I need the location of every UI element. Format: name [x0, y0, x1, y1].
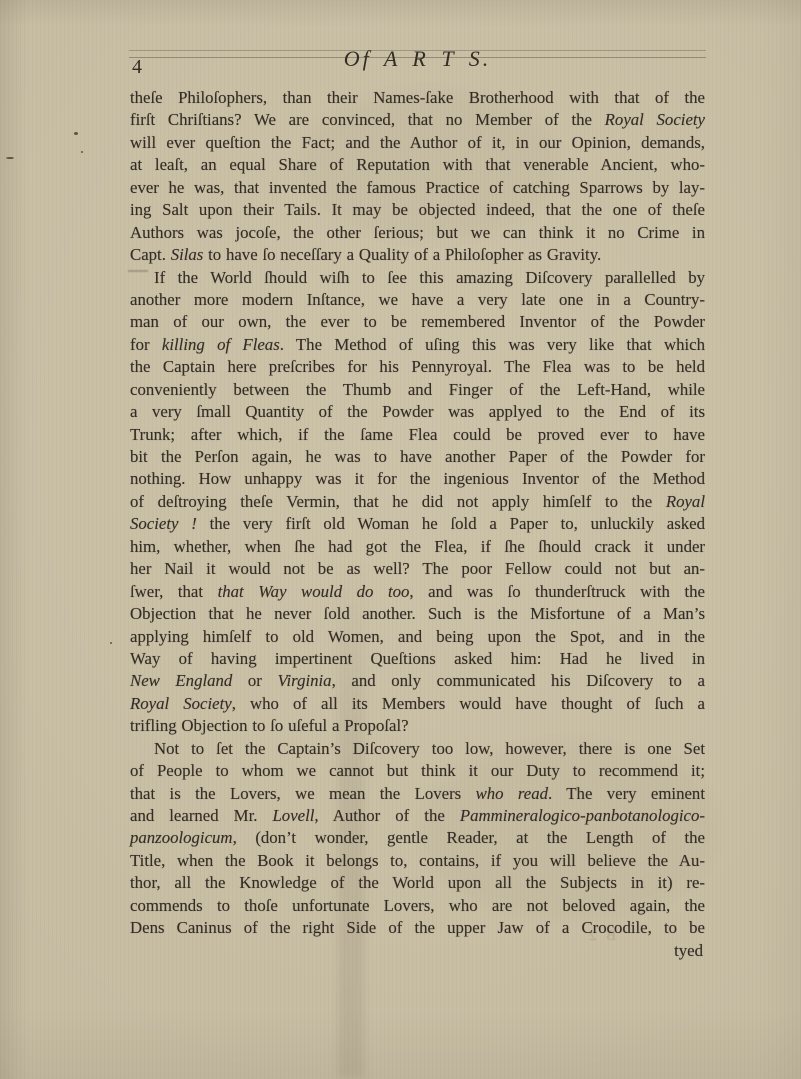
text-line: ever he was, that invented the famous Pr…: [130, 177, 705, 199]
text-segment: of deſtroying theſe Vermin, that he did …: [130, 492, 666, 511]
text-segment: theſe Philoſophers, than their Names-ſak…: [130, 88, 705, 107]
text-line: Capt. Silas to have ſo neceſſary a Quali…: [130, 244, 705, 266]
text-segment: , (don’t wonder, gentle Reader, at the L…: [233, 828, 705, 847]
italic-text-segment: Lovell: [272, 806, 314, 825]
text-line: the Captain here preſcribes for his Penn…: [130, 356, 705, 378]
text-segment: for: [130, 335, 162, 354]
text-segment: , and only communicated his Diſcovery to…: [332, 671, 705, 690]
text-line: at leaſt, an equal Share of Reputation w…: [130, 154, 705, 176]
paper-speck: [74, 132, 78, 135]
text-segment: or: [232, 671, 277, 690]
text-line: another more modern Inſtance, we have a …: [130, 289, 705, 311]
page-header: 4 Of A R T S.: [130, 44, 705, 84]
italic-text-segment: Royal: [666, 492, 705, 511]
italic-text-segment: Virginia: [278, 671, 332, 690]
text-line: ſwer, that that Way would do too, and wa…: [130, 581, 705, 603]
text-line: firſt Chriſtians? We are convinced, that…: [130, 109, 705, 131]
italic-text-segment: Royal Society: [605, 110, 705, 129]
text-segment: commends to thoſe unfortunate Lovers, wh…: [130, 896, 705, 915]
text-segment: Trunk; after which, if the ſame Flea cou…: [130, 425, 705, 444]
text-segment: Capt.: [130, 245, 171, 264]
text-segment: trifling Objection to ſo uſeful a Propoſ…: [130, 716, 409, 735]
text-segment: that is the Lovers, we mean the Lovers: [130, 784, 476, 803]
italic-text-segment: that Way would do too: [218, 582, 410, 601]
text-segment: bit the Perſon again, he was to have ano…: [130, 447, 705, 466]
text-segment: ſwer, that: [130, 582, 218, 601]
text-segment: , Author of the: [314, 806, 459, 825]
text-segment: ing Salt upon their Tails. It may be obj…: [130, 200, 705, 219]
text-line: nothing. How unhappy was it for the inge…: [130, 468, 705, 490]
text-segment: him, whether, when ſhe had got the Flea,…: [130, 537, 705, 556]
text-line: Not to ſet the Captain’s Diſcovery too l…: [130, 738, 705, 760]
book-page-scan: 4 Of A R T S. theſe Philoſophers, than t…: [0, 0, 801, 1079]
text-segment: her Nail it would not be as well? The po…: [130, 559, 705, 578]
text-line: panzoologicum, (don’t wonder, gentle Rea…: [130, 827, 705, 849]
text-segment: , and was ſo thunderſtruck with the: [409, 582, 705, 601]
text-line: a very ſmall Quantity of the Powder was …: [130, 401, 705, 423]
text-segment: Not to ſet the Captain’s Diſcovery too l…: [154, 739, 705, 758]
text-segment: at leaſt, an equal Share of Reputation w…: [130, 155, 705, 174]
italic-text-segment: who read: [476, 784, 548, 803]
paper-speck: [81, 151, 83, 153]
text-line: and learned Mr. Lovell, Author of the Pa…: [130, 805, 705, 827]
text-line: applying himſelf to old Women, and being…: [130, 626, 705, 648]
text-line: Trunk; after which, if the ſame Flea cou…: [130, 424, 705, 446]
text-line: Royal Society, who of all its Members wo…: [130, 693, 705, 715]
text-line: conveniently between the Thumb and Finge…: [130, 379, 705, 401]
text-segment: If the World ſhould wiſh to ſee this ama…: [154, 268, 705, 287]
text-segment: will ever queſtion the Fact; and the Aut…: [130, 133, 705, 152]
text-line: bit the Perſon again, he was to have ano…: [130, 446, 705, 468]
text-line: Way of having impertinent Queſtions aske…: [130, 648, 705, 670]
text-segment: conveniently between the Thumb and Finge…: [130, 380, 705, 399]
text-line: that is the Lovers, we mean the Lovers w…: [130, 783, 705, 805]
running-title: Of A R T S.: [130, 46, 705, 72]
text-line: him, whether, when ſhe had got the Flea,…: [130, 536, 705, 558]
text-segment: Objection that he never ſold another. Su…: [130, 604, 705, 623]
text-line: of People to whom we cannot but think it…: [130, 760, 705, 782]
text-segment: . The Method of uſing this was very like…: [280, 335, 705, 354]
text-segment: the Captain here preſcribes for his Penn…: [130, 357, 705, 376]
text-line: If the World ſhould wiſh to ſee this ama…: [130, 267, 705, 289]
italic-text-segment: Society !: [130, 514, 197, 533]
text-line: commends to thoſe unfortunate Lovers, wh…: [130, 895, 705, 917]
italic-text-segment: panzoologicum: [130, 828, 233, 847]
text-line: of deſtroying theſe Vermin, that he did …: [130, 491, 705, 513]
text-line: Authors was jocoſe, the other ſerious; b…: [130, 222, 705, 244]
text-line: New England or Virginia, and only commun…: [130, 670, 705, 692]
text-line: Dens Caninus of the right Side of the up…: [130, 917, 705, 939]
text-segment: man of our own, the ever to be remembere…: [130, 312, 705, 331]
text-line: trifling Objection to ſo uſeful a Propoſ…: [130, 715, 705, 737]
text-segment: nothing. How unhappy was it for the inge…: [130, 469, 705, 488]
text-segment: . The very eminent: [548, 784, 705, 803]
text-line: for killing of Fleas. The Method of uſin…: [130, 334, 705, 356]
italic-text-segment: Pammineralogico-panbotanologico-: [460, 806, 705, 825]
text-line: will ever queſtion the Fact; and the Aut…: [130, 132, 705, 154]
text-segment: firſt Chriſtians? We are convinced, that…: [130, 110, 605, 129]
paper-speck: [110, 642, 112, 644]
text-line: thor, all the Knowledge of the World upo…: [130, 872, 705, 894]
paper-speck: [6, 157, 14, 159]
italic-text-segment: New England: [130, 671, 232, 690]
text-segment: to have ſo neceſſary a Quality of a Phil…: [203, 245, 601, 264]
text-segment: Title, when the Book it belongs to, cont…: [130, 851, 705, 870]
text-line: Society ! the very firſt old Woman he ſo…: [130, 513, 705, 535]
text-segment: applying himſelf to old Women, and being…: [130, 627, 705, 646]
text-segment: Authors was jocoſe, the other ſerious; b…: [130, 223, 705, 242]
text-segment: ever he was, that invented the famous Pr…: [130, 178, 705, 197]
text-segment: another more modern Inſtance, we have a …: [130, 290, 705, 309]
text-line: Title, when the Book it belongs to, cont…: [130, 850, 705, 872]
text-segment: and learned Mr.: [130, 806, 272, 825]
text-line: Objection that he never ſold another. Su…: [130, 603, 705, 625]
italic-text-segment: killing of Fleas: [162, 335, 280, 354]
text-segment: of People to whom we cannot but think it…: [130, 761, 705, 780]
text-line: man of our own, the ever to be remembere…: [130, 311, 705, 333]
italic-text-segment: Silas: [171, 245, 204, 264]
text-segment: Dens Caninus of the right Side of the up…: [130, 918, 705, 937]
body-text: theſe Philoſophers, than their Names-ſak…: [130, 87, 705, 962]
catchword: tyed: [130, 940, 705, 962]
text-line: ing Salt upon their Tails. It may be obj…: [130, 199, 705, 221]
text-segment: the very firſt old Woman he ſold a Paper…: [197, 514, 705, 533]
showthrough-signature: B 2: [586, 928, 616, 945]
text-segment: Way of having impertinent Queſtions aske…: [130, 649, 705, 668]
text-line: theſe Philoſophers, than their Names-ſak…: [130, 87, 705, 109]
text-segment: , who of all its Members would have thou…: [232, 694, 705, 713]
italic-text-segment: Royal Society: [130, 694, 232, 713]
text-line: her Nail it would not be as well? The po…: [130, 558, 705, 580]
text-segment: a very ſmall Quantity of the Powder was …: [130, 402, 705, 421]
text-segment: thor, all the Knowledge of the World upo…: [130, 873, 705, 892]
